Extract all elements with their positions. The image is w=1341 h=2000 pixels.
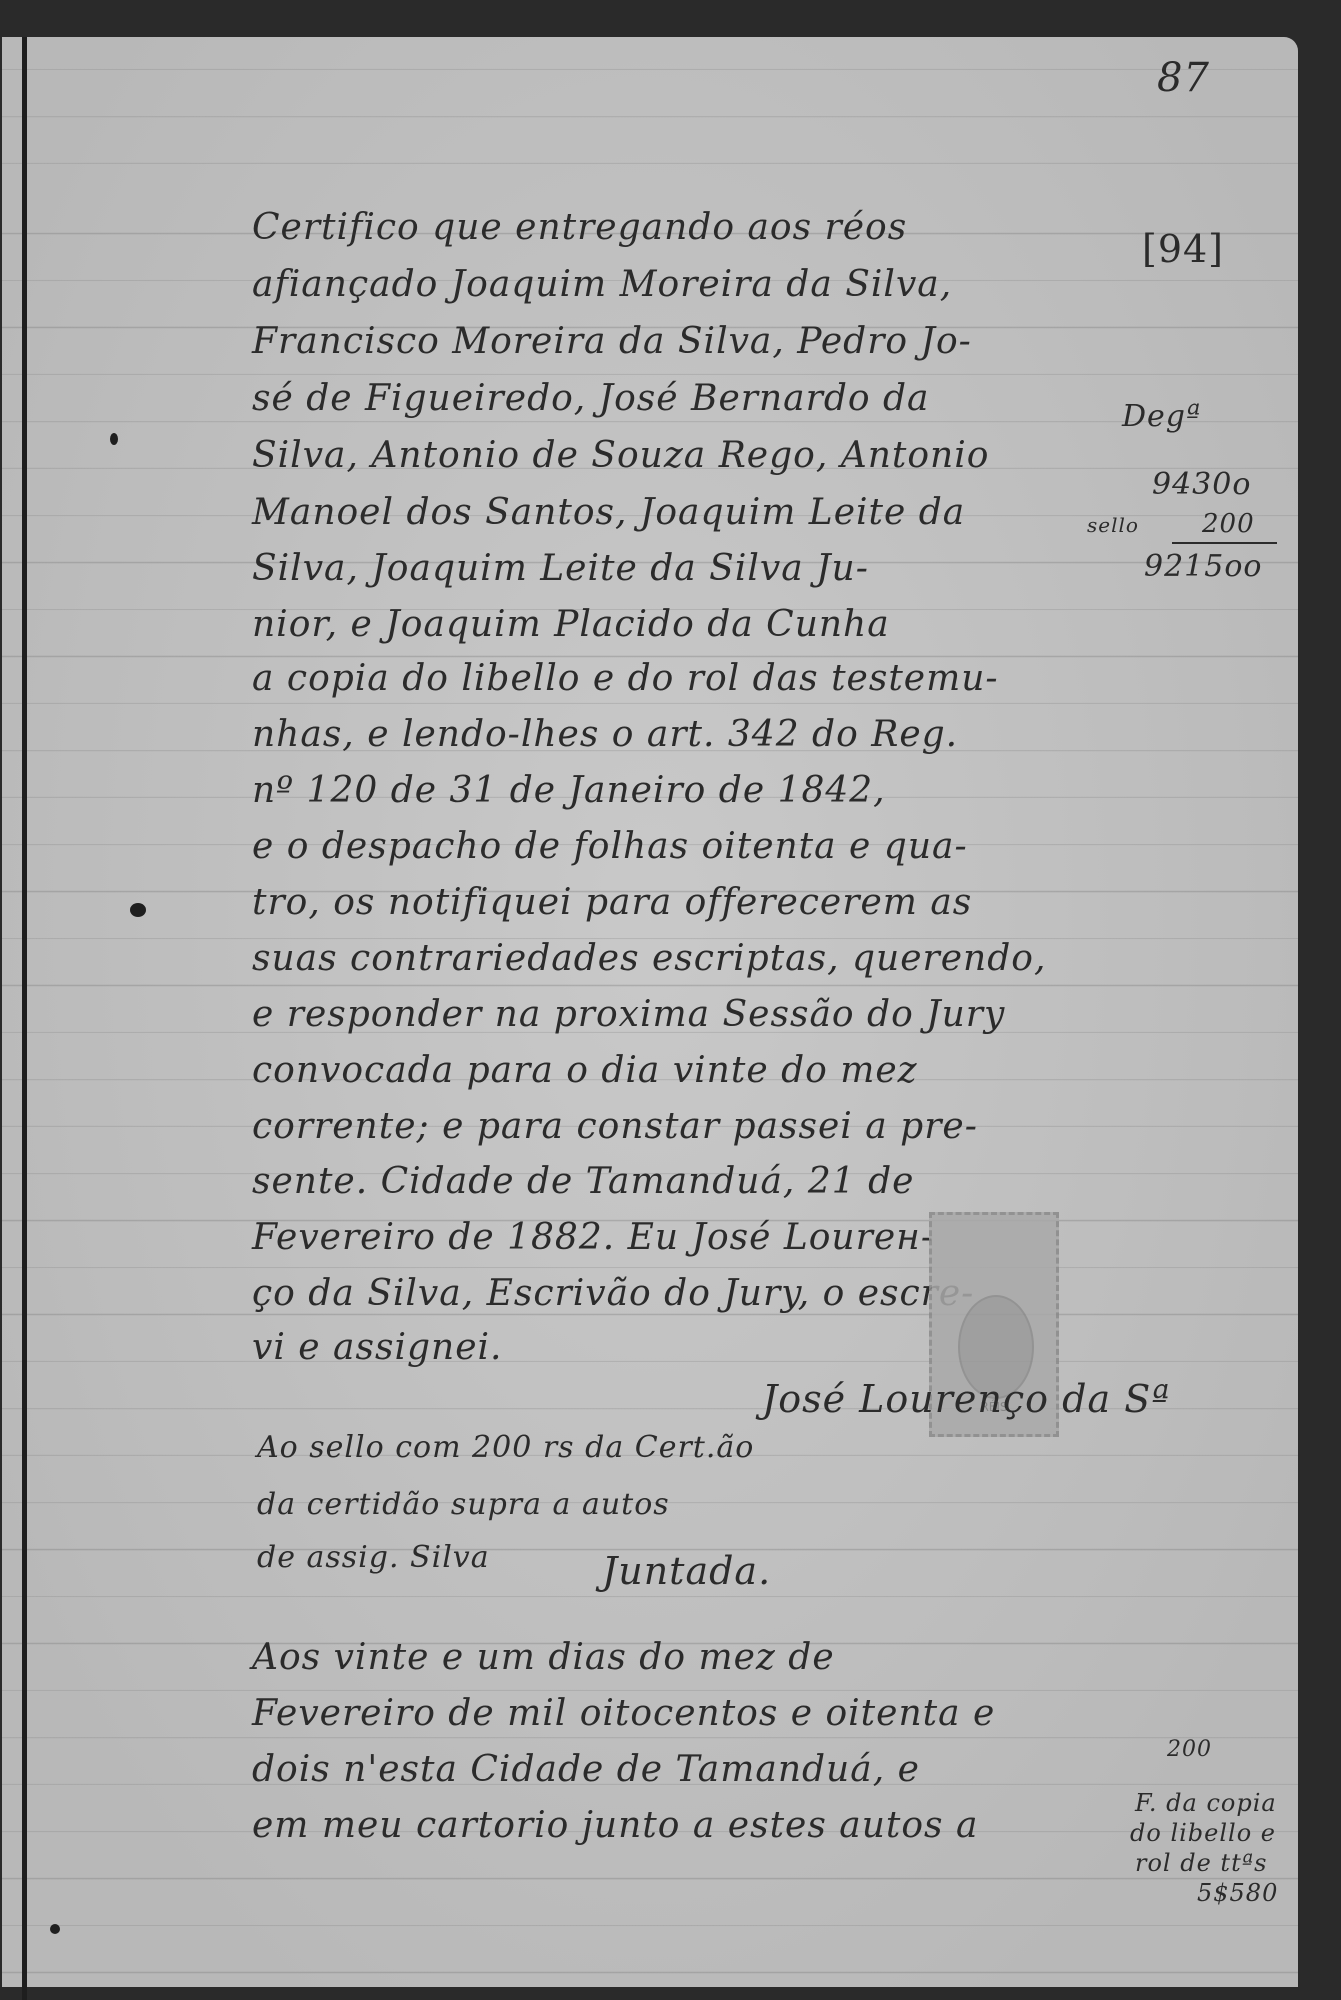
margin-bottom-line: 5$580 (1197, 1879, 1278, 1907)
margin-sum-top: 9430o (1152, 467, 1251, 502)
certificate-line: convocada para o dia vinte do mez (252, 1050, 918, 1091)
ink-blot (130, 903, 146, 917)
juntada-title: Juntada. (602, 1549, 771, 1593)
certificate-line: nº 120 de 31 de Janeiro de 1842, (252, 770, 886, 811)
bracket-page-number: [94] (1142, 227, 1224, 271)
certificate-line: Silva, Joaquim Leite da Silva Ju- (252, 548, 869, 589)
certificate-line: Francisco Moreira da Silva, Pedro Jo- (252, 321, 972, 362)
juntada-line: em meu cartorio junto a estes autos a (252, 1805, 978, 1846)
juntada-line: Aos vinte e um dias do mez de (252, 1637, 835, 1678)
stamp-note-line: de assig. Silva (257, 1540, 490, 1575)
folio-number: 87 (1157, 55, 1210, 101)
certificate-line: Manoel dos Santos, Joaquim Leite da (252, 492, 965, 533)
certificate-line: e o despacho de folhas oitenta e qua- (252, 826, 968, 867)
certificate-line: sente. Cidade de Tamanduá, 21 de (252, 1161, 914, 1202)
certificate-line: Silva, Antonio de Souza Rego, Antonio (252, 435, 989, 476)
certificate-line: vi e assignei. (252, 1327, 502, 1368)
sum-divider (1172, 542, 1277, 544)
certificate-line: nhas, e lendo-lhes o art. 342 do Reg. (252, 714, 958, 755)
certificate-line: Fevereiro de 1882. Eu José Lourен- (252, 1217, 934, 1258)
margin-bottom-line: rol de ttªs (1135, 1849, 1267, 1877)
margin-sum-sub: 200 (1202, 509, 1255, 539)
margin-bottom-line: do libello e (1130, 1819, 1276, 1847)
certificate-line: corrente; e para constar passei a pre- (252, 1106, 978, 1147)
margin-dega: Degª (1122, 399, 1201, 434)
certificate-line: a copia do libello e do rol das testemu- (252, 658, 999, 699)
margin-sum-total: 9215oo (1144, 549, 1262, 584)
certificate-line: tro, os notifiquei para offerecerem as (252, 882, 972, 923)
margin-sum-label: sello (1087, 513, 1139, 537)
certificate-line: sé de Figueiredo, José Bernardo da (252, 378, 930, 419)
stamp-note-line: da certidão supra a autos (257, 1487, 670, 1522)
ink-blot (50, 1924, 60, 1934)
certificate-line: nior, e Joaquim Placido da Cunha (252, 604, 890, 645)
page-binding-edge (22, 37, 27, 2000)
certificate-line: Certifico que entregando aos réos (252, 207, 907, 248)
stamp-note-line: Ao sello com 200 rs da Cert.ão (257, 1430, 754, 1465)
signature: José Lourenço da Sª (762, 1377, 1170, 1421)
certificate-line: ço da Silva, Escrivão do Jury, o escre- (252, 1273, 974, 1314)
juntada-line: Fevereiro de mil oitocentos e oitenta e (252, 1693, 995, 1734)
certificate-line: afiançado Joaquim Moreira da Silva, (252, 264, 952, 305)
margin-bottom-amount: 200 (1167, 1737, 1212, 1762)
juntada-line: dois n'esta Cidade de Tamanduá, e (252, 1749, 920, 1790)
ink-blot (110, 433, 118, 445)
document-page: 87 [94] Certifico que entregando aos réo… (2, 37, 1298, 1987)
certificate-line: suas contrariedades escriptas, querendo, (252, 938, 1046, 979)
margin-bottom-line: F. da copia (1135, 1789, 1277, 1817)
certificate-line: e responder na proxima Sessão do Jury (252, 994, 1005, 1035)
